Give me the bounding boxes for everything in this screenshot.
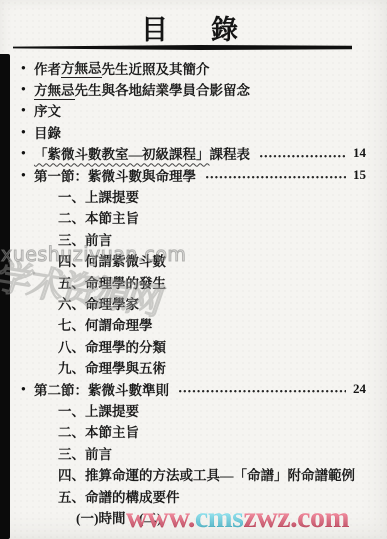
- toc-entry: 三、前言: [21, 442, 366, 463]
- toc-entry: 五、命理學的發生: [21, 271, 366, 292]
- toc-entry: 一、上課提要: [21, 185, 366, 206]
- bullet-icon: ●: [21, 64, 34, 72]
- bullet-icon: ●: [21, 171, 34, 179]
- bullet-icon: ●: [21, 385, 34, 393]
- entry-text: 四、何謂紫微斗數: [58, 250, 166, 270]
- toc-entry: ●第一節：紫微斗數與命理學15: [21, 164, 366, 185]
- toc-entry: 六、命理學家: [21, 292, 366, 313]
- entry-underlined-text: 方無忌: [61, 57, 102, 78]
- page-number: 24: [353, 381, 366, 397]
- dot-leader: [260, 155, 346, 158]
- toc-entry: ●「紫微斗數教室—初級課程」課程表14: [21, 143, 366, 164]
- entry-text: 五、命譜的構成要件: [58, 486, 180, 506]
- bullet-icon: ●: [21, 128, 34, 136]
- entry-text: 第二節：紫微斗數準則: [34, 379, 169, 399]
- entry-text: 二、本節主旨: [58, 421, 139, 441]
- toc-entry: ●序文: [21, 100, 366, 121]
- bullet-icon: ●: [21, 106, 34, 114]
- entry-text: 九、命理學與五術: [58, 357, 166, 377]
- toc-entry: 四、何謂紫微斗數: [21, 250, 366, 271]
- page-title: 目 錄: [0, 8, 387, 47]
- toc-entry: ●第二節：紫微斗數準則24: [21, 378, 366, 399]
- toc-entry: ●作者方無忌先生近照及其簡介: [21, 57, 366, 78]
- entry-text: 一、上課提要: [58, 400, 139, 420]
- entry-text: 序文: [34, 100, 61, 120]
- entry-text: 第一節：紫微斗數與命理學: [34, 165, 196, 185]
- entry-text: 先生與各地結業學員合影留念: [75, 79, 251, 99]
- page-number: 14: [353, 145, 366, 161]
- entry-text: 二、本節主旨: [58, 207, 139, 227]
- entry-text: 四、推算命運的方法或工具—「命譜」附命譜範例: [58, 464, 355, 484]
- toc-entry: 七、何謂命理學: [21, 314, 366, 335]
- toc-entry: (一)時間 (二): [21, 506, 366, 527]
- entry-text: 三、前言: [58, 443, 112, 463]
- bullet-icon: ●: [21, 149, 34, 157]
- toc-list: ●作者方無忌先生近照及其簡介●方無忌先生與各地結業學員合影留念●序文●目錄●「紫…: [21, 57, 366, 528]
- dot-leader: [179, 390, 346, 393]
- entry-text: 五、命理學的發生: [58, 272, 166, 292]
- toc-entry: 八、命理學的分類: [21, 335, 366, 356]
- entry-underlined-text: 「紫微斗數教室—初級課程」: [34, 143, 210, 163]
- entry-text: 八、命理學的分類: [58, 336, 166, 356]
- page-number: 15: [353, 167, 366, 183]
- toc-entry: 三、前言: [21, 228, 366, 249]
- entry-text: 三、前言: [58, 229, 112, 249]
- entry-text: (一)時間 (二): [76, 507, 161, 527]
- entry-text: 一、上課提要: [58, 186, 139, 206]
- entry-text: 六、命理學家: [58, 293, 139, 313]
- toc-entry: 五、命譜的構成要件: [21, 485, 366, 506]
- entry-text: 目錄: [34, 122, 61, 142]
- toc-entry: 二、本節主旨: [21, 421, 366, 442]
- toc-page: 目 錄 ●作者方無忌先生近照及其簡介●方無忌先生與各地結業學員合影留念●序文●目…: [0, 0, 387, 539]
- toc-entry: ●目錄: [21, 121, 366, 142]
- left-binding-bar: [0, 54, 10, 539]
- entry-text: 課程表: [210, 143, 251, 163]
- toc-entry: 四、推算命運的方法或工具—「命譜」附命譜範例: [21, 463, 366, 484]
- toc-entry: 一、上課提要: [21, 399, 366, 420]
- toc-entry: 二、本節主旨: [21, 207, 366, 228]
- entry-underlined-text: 方無忌: [34, 79, 75, 100]
- toc-entry: 九、命理學與五術: [21, 356, 366, 377]
- entry-text: 作者: [34, 58, 61, 78]
- toc-entry: ●方無忌先生與各地結業學員合影留念: [21, 78, 366, 99]
- dot-leader: [206, 176, 346, 179]
- entry-text: 七、何謂命理學: [58, 314, 153, 334]
- entry-text: 先生近照及其簡介: [102, 58, 210, 78]
- bullet-icon: ●: [21, 85, 34, 93]
